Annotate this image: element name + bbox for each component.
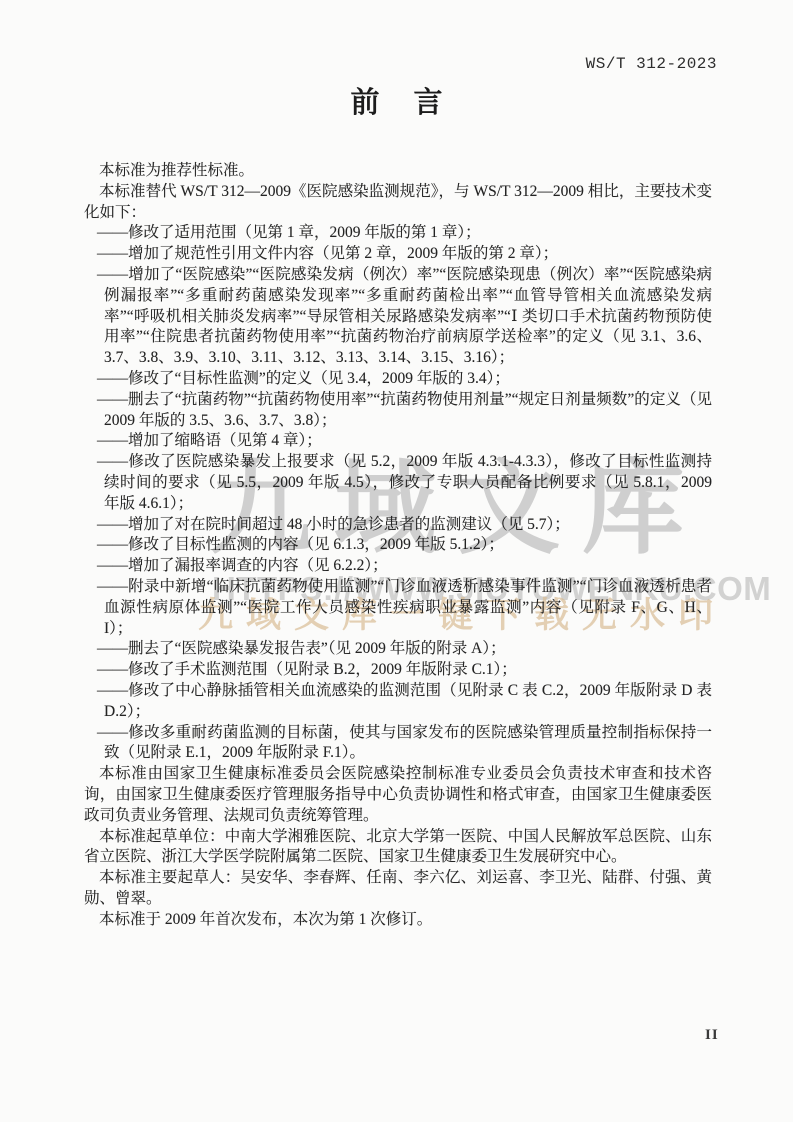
- foreword-body: 本标准为推荐性标准。 本标准替代 WS/T 312—2009《医院感染监测规范》…: [84, 161, 712, 930]
- paragraph-intro: 本标准为推荐性标准。: [84, 161, 712, 182]
- page-number: II: [705, 1027, 719, 1044]
- change-item: ——修改了医院感染暴发上报要求（见 5.2，2009 年版 4.3.1-4.3.…: [84, 452, 712, 514]
- paragraph-responsibility: 本标准由国家卫生健康标准委员会医院感染控制标准专业委员会负责技术审查和技术咨询，…: [84, 764, 712, 826]
- document-page: 九域文库 HTTPS://WWW.JIUYUWENKU.COM 九域文库一键下载…: [0, 0, 793, 1122]
- change-item: ——修改了手术监测范围（见附录 B.2，2009 年版附录 C.1）；: [84, 660, 712, 681]
- title-char-qian: 前: [350, 87, 379, 119]
- change-item: ——修改了中心静脉插管相关血流感染的监测范围（见附录 C 表 C.2，2009 …: [84, 681, 712, 723]
- standard-code-header: WS/T 312-2023: [586, 55, 717, 73]
- change-item: ——修改多重耐药菌监测的目标菌，使其与国家发布的医院感染管理质量控制指标保持一致…: [84, 723, 712, 765]
- page-title: 前言: [0, 80, 793, 121]
- change-item: ——增加了对在院时间超过 48 小时的急诊患者的监测建议（见 5.7）；: [84, 515, 712, 536]
- paragraph-drafting-units: 本标准起草单位：中南大学湘雅医院、北京大学第一医院、中国人民解放军总医院、山东省…: [84, 827, 712, 869]
- change-item: ——增加了漏报率调查的内容（见 6.2.2）；: [84, 556, 712, 577]
- change-item: ——删去了“医院感染暴发报告表”（见 2009 年版的附录 A）；: [84, 639, 712, 660]
- title-char-yan: 言: [414, 87, 443, 119]
- change-item: ——删去了“抗菌药物”“抗菌药物使用率”“抗菌药物使用剂量”“规定日剂量频数”的…: [84, 390, 712, 432]
- paragraph-revision-history: 本标准于 2009 年首次发布，本次为第 1 次修订。: [84, 910, 712, 931]
- change-item: ——修改了适用范围（见第 1 章，2009 年版的第 1 章）；: [84, 223, 712, 244]
- change-item: ——修改了“目标性监测”的定义（见 3.4，2009 年版的 3.4）；: [84, 369, 712, 390]
- change-item: ——附录中新增“临床抗菌药物使用监测”“门诊血液透析感染事件监测”“门诊血液透析…: [84, 577, 712, 639]
- change-item: ——增加了规范性引用文件内容（见第 2 章，2009 年版的第 2 章）；: [84, 244, 712, 265]
- paragraph-replaces: 本标准替代 WS/T 312—2009《医院感染监测规范》，与 WS/T 312…: [84, 182, 712, 224]
- paragraph-drafters: 本标准主要起草人：吴安华、李春辉、任南、李六亿、刘运喜、李卫光、陆群、付强、黄勋…: [84, 868, 712, 910]
- change-item: ——修改了目标性监测的内容（见 6.1.3，2009 年版 5.1.2）；: [84, 535, 712, 556]
- change-item: ——增加了缩略语（见第 4 章）；: [84, 431, 712, 452]
- change-item: ——增加了“医院感染”“医院感染发病（例次）率”“医院感染现患（例次）率”“医院…: [84, 265, 712, 369]
